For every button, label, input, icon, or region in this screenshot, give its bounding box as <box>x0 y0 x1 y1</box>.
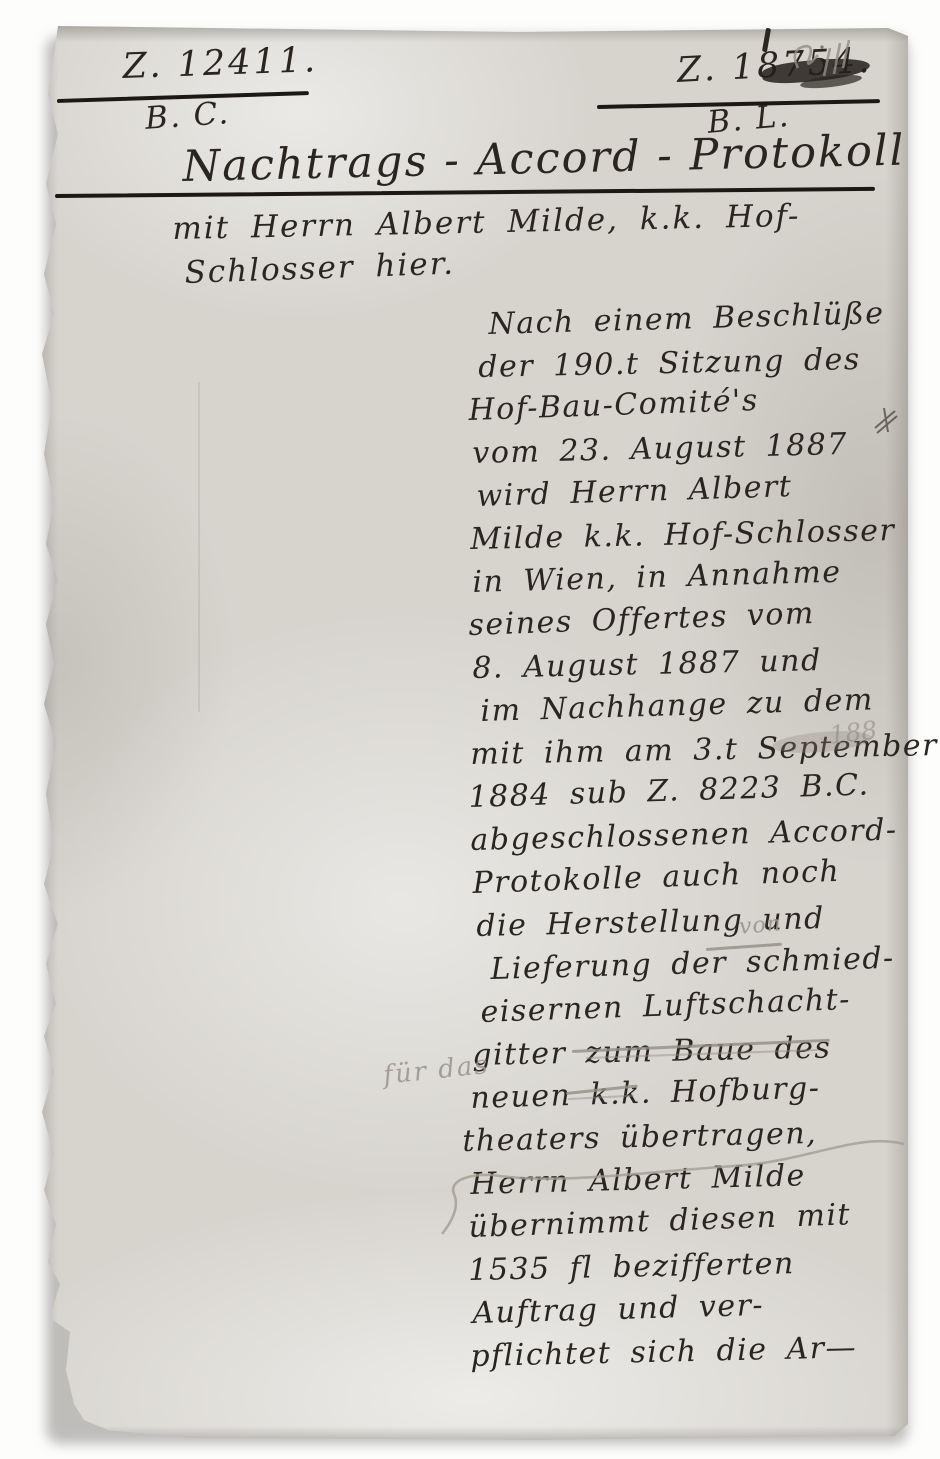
pencil-inserted-word: von <box>738 912 783 940</box>
ink-scribble-margin <box>872 406 900 436</box>
handwriting-line: 1535 fl bezifferten <box>468 1247 795 1287</box>
handwriting-line: 8. August 1887 und <box>472 644 822 685</box>
file-number-left: Z. 12411. <box>122 41 319 86</box>
handwriting-line: Auftrag und ver- <box>472 1289 764 1330</box>
pencil-squiggle-icon <box>788 38 866 82</box>
scanned-document-canvas: Z. 12411. B. C. Z. 18754. B. L. Nachtrag… <box>0 0 940 1459</box>
handwriting-line: der 190.t Sitzung des <box>478 343 861 384</box>
office-code-left: B. C. <box>144 96 231 136</box>
paper-crease <box>198 382 200 712</box>
pencil-flourish-underline <box>438 1130 908 1240</box>
